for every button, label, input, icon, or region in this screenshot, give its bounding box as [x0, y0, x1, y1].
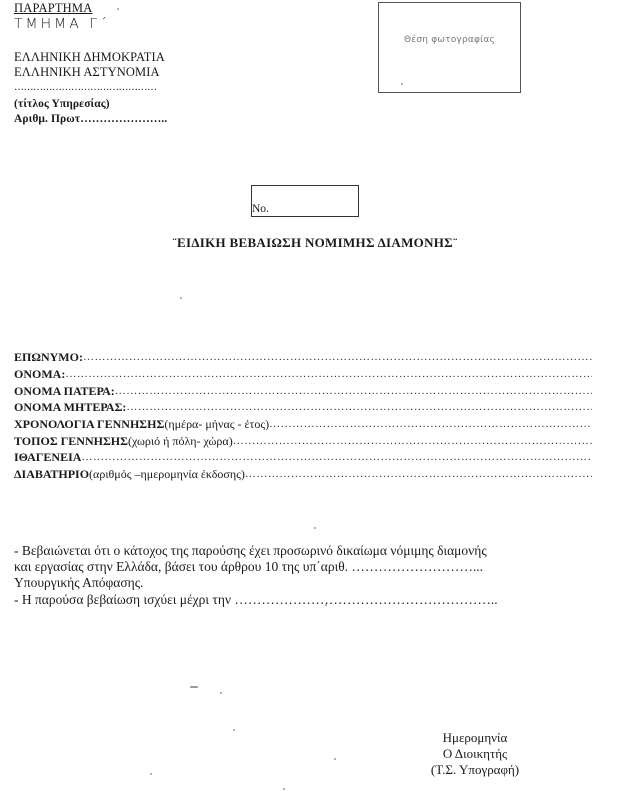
- field-blank-line[interactable]: ……………………………………………………………………………………………………………: [83, 350, 592, 364]
- field-label: ΧΡΟΝΟΛΟΓΙΑ ΓΕΝΝΗΣΗΣ: [14, 417, 164, 431]
- photo-placeholder-label: Θέση φωτογραφίας: [379, 35, 520, 45]
- field-blank-line[interactable]: ……………………………………………………………………………………………………………: [245, 467, 592, 481]
- scan-speck: [334, 758, 336, 760]
- field-birth-place[interactable]: ΤΟΠΟΣ ΓΕΝΝΗΣΗΣ (χωριό ή πόλη- χώρα)………………: [14, 434, 592, 448]
- scan-speck: [314, 527, 316, 529]
- field-hint: (αριθμός –ημερομηνία έκδοσης): [89, 467, 245, 481]
- issuer-police: ΕΛΛΗΝΙΚΗ ΑΣΤΥΝΟΜΙΑ: [14, 65, 160, 80]
- field-mother-name[interactable]: ΟΝΟΜΑ ΜΗΤΕΡΑΣ: ……………………………………………………………………: [14, 400, 592, 414]
- field-label: ΟΝΟΜΑ ΜΗΤΕΡΑΣ:: [14, 400, 126, 414]
- scan-speck: [117, 8, 119, 10]
- document-title: ¨ΕΙΔΙΚΗ ΒΕΒΑΙΩΣΗ ΝΟΜΙΜΗΣ ΔΙΑΜΟΝΗΣ¨: [0, 235, 624, 251]
- field-hint: (ημέρα- μήνας - έτος): [164, 417, 269, 431]
- scan-speck: [325, 604, 327, 606]
- signature-seal: (Τ.Σ. Υπογραφή): [400, 762, 550, 778]
- field-label: ΟΝΟΜΑ ΠΑΤΕΡΑ:: [14, 384, 115, 398]
- document-number-label: No.: [252, 203, 269, 215]
- field-label: ΕΠΩΝΥΜΟ:: [14, 350, 83, 364]
- validity-line: - Η παρούσα βεβαίωση ισχύει μέχρι την ………: [14, 592, 498, 608]
- field-label: ΙΘΑΓΕΝΕΙΑ: [14, 450, 81, 464]
- document-number-box[interactable]: No.: [251, 185, 359, 217]
- statement-line-1: - Βεβαιώνεται ότι ο κάτοχος της παρούσης…: [14, 543, 487, 559]
- field-surname[interactable]: ΕΠΩΝΥΜΟ: ……………………………………………………………………………………: [14, 350, 592, 364]
- scan-speck: [233, 729, 235, 731]
- field-label: ΔΙΑΒΑΤΗΡΙΟ: [14, 467, 89, 481]
- field-blank-line[interactable]: ……………………………………………………………………………………………………………: [233, 434, 592, 448]
- field-birth-date[interactable]: ΧΡΟΝΟΛΟΓΙΑ ΓΕΝΝΗΣΗΣ (ημέρα- μήνας - έτος…: [14, 417, 592, 431]
- scan-speck: [283, 788, 285, 790]
- service-title-caption: (τίτλος Υπηρεσίας): [14, 98, 110, 110]
- scan-speck: [150, 773, 152, 775]
- signature-date: Ημερομηνία: [400, 730, 550, 746]
- statement-line-2: και εργασίας στην Ελλάδα, βάσει του άρθρ…: [14, 559, 483, 575]
- signature-commander: Ο Διοικητής: [400, 746, 550, 762]
- protocol-number-field[interactable]: Αριθμ. Πρωτ…………………..: [14, 113, 167, 125]
- issuer-state: ΕΛΛΗΝΙΚΗ ΔΗΜΟΚΡΑΤΙΑ: [14, 50, 165, 65]
- field-blank-line[interactable]: ……………………………………………………………………………………………………………: [269, 417, 592, 431]
- scan-speck: [220, 692, 222, 694]
- field-blank-line[interactable]: ……………………………………………………………………………………………………………: [65, 367, 592, 381]
- handwritten-section-note: ΤΜΗΜΑ Γ΄: [14, 16, 110, 31]
- field-label: ΟΝΟΜΑ:: [14, 367, 65, 381]
- scan-speck: [401, 83, 403, 85]
- scan-speck: [190, 686, 198, 688]
- statement-line-3: Υπουργικής Απόφασης.: [14, 575, 143, 591]
- field-label: ΤΟΠΟΣ ΓΕΝΝΗΣΗΣ: [14, 434, 128, 448]
- annex-label: ΠΑΡΑΡΤΗΜΑ: [14, 1, 92, 16]
- field-blank-line[interactable]: ……………………………………………………………………………………………………………: [81, 450, 592, 464]
- field-hint: (χωριό ή πόλη- χώρα): [128, 434, 233, 448]
- field-nationality[interactable]: ΙΘΑΓΕΝΕΙΑ …………………………………………………………………………………: [14, 450, 592, 464]
- field-first-name[interactable]: ΟΝΟΜΑ: …………………………………………………………………………………………: [14, 367, 592, 381]
- field-passport[interactable]: ΔΙΑΒΑΤΗΡΙΟ (αριθμός –ημερομηνία έκδοσης)…: [14, 467, 592, 481]
- field-blank-line[interactable]: ……………………………………………………………………………………………………………: [126, 400, 592, 414]
- field-father-name[interactable]: ΟΝΟΜΑ ΠΑΤΕΡΑ: ………………………………………………………………………: [14, 384, 592, 398]
- service-title-blank[interactable]: ………………………………………: [14, 82, 157, 93]
- photo-placeholder-box[interactable]: Θέση φωτογραφίας: [378, 2, 521, 93]
- scan-speck: [180, 297, 182, 299]
- field-blank-line[interactable]: ……………………………………………………………………………………………………………: [115, 384, 592, 398]
